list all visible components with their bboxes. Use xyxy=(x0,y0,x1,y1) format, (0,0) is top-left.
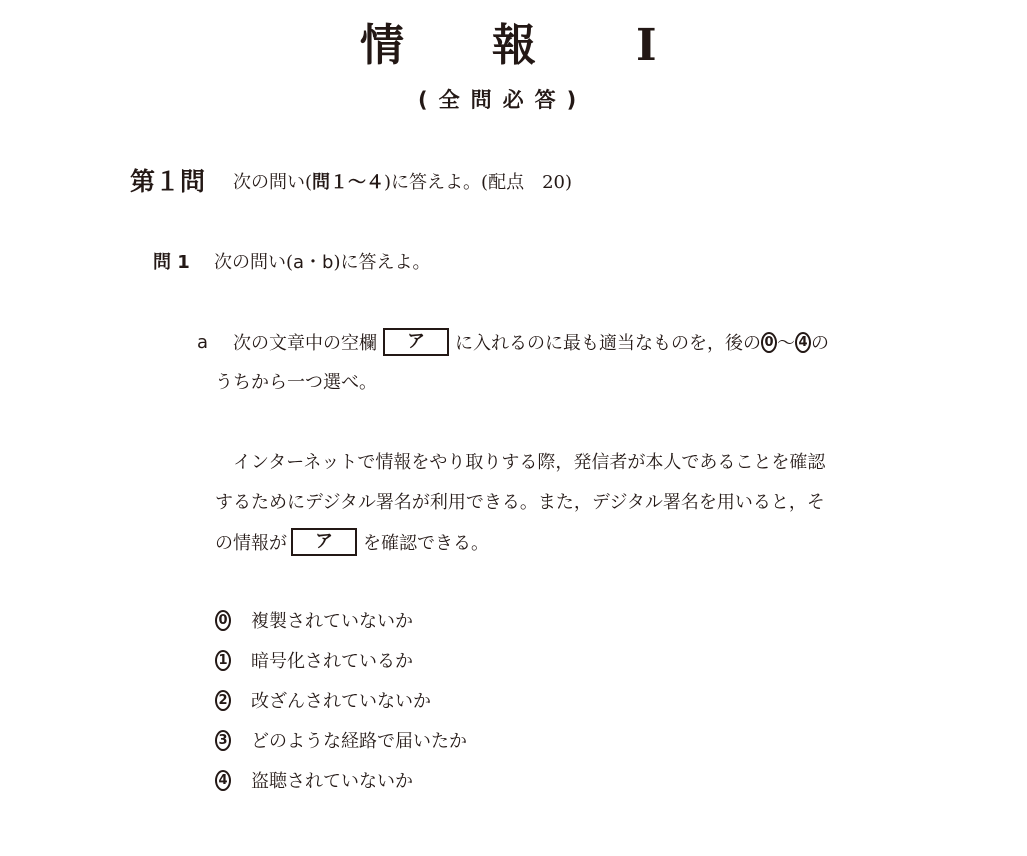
question-number: 第１問 xyxy=(130,166,205,198)
circled-number-icon: 4 xyxy=(215,770,231,791)
choice-range-separator: ～ xyxy=(777,333,795,354)
choice-range-end-icon: 4 xyxy=(795,332,811,353)
title-char-2: 報 xyxy=(492,18,536,74)
passage-line-2: するためにデジタル署名が利用できる。また，デジタル署名を用いると，そ xyxy=(215,490,825,516)
choice-4: 4盗聴されていないか xyxy=(215,769,413,795)
choice-2: 2改ざんされていないか xyxy=(215,689,431,715)
passage-line-3-prefix: の情報が xyxy=(215,533,287,554)
passage-line-3: の情報がアを確認できる。 xyxy=(215,530,489,558)
part-a-line-1: 次の文章中の空欄アに入れるのに最も適当なものを，後の0～4の xyxy=(233,330,829,358)
choice-text: どのような経路で届いたか xyxy=(251,731,467,752)
choice-text: 改ざんされていないか xyxy=(251,691,431,712)
part-a-line-2: うちから一つ選べ。 xyxy=(215,370,377,396)
sub-question-prefix: 次の問い( xyxy=(214,252,293,273)
instruction-prefix: 次の問い( xyxy=(233,172,312,193)
passage-line-3-suffix: を確認できる。 xyxy=(363,533,489,554)
choice-text: 暗号化されているか xyxy=(251,651,413,672)
title-char-1: 情 xyxy=(360,18,404,74)
sub-question-parts: a・b xyxy=(293,252,333,273)
instruction-suffix: )に答えよ。(配点 20) xyxy=(384,172,572,193)
part-a-line-end: の xyxy=(811,333,829,354)
part-a-label: a xyxy=(197,330,208,356)
part-a-prefix: 次の文章中の空欄 xyxy=(233,333,377,354)
question-instruction: 次の問い(問１～４)に答えよ。(配点 20) xyxy=(233,170,572,196)
title-char-3: I xyxy=(636,18,657,74)
choice-text: 盗聴されていないか xyxy=(251,771,413,792)
sub-question-text: 次の問い(a・b)に答えよ。 xyxy=(214,250,431,276)
sub-question-suffix: )に答えよ。 xyxy=(334,252,431,273)
circled-number-icon: 3 xyxy=(215,730,231,751)
circled-number-icon: 1 xyxy=(215,650,231,671)
choice-1: 1暗号化されているか xyxy=(215,649,413,675)
subtitle: (全問必答) xyxy=(418,86,587,114)
answer-blank-a: ア xyxy=(383,328,449,356)
answer-blank-passage: ア xyxy=(291,528,357,556)
passage-line-1: インターネットで情報をやり取りする際，発信者が本人であることを確認 xyxy=(233,450,825,476)
choice-0: 0複製されていないか xyxy=(215,609,413,635)
part-a-suffix: に入れるのに最も適当なものを，後の xyxy=(455,333,761,354)
sub-question-number: 問 1 xyxy=(153,250,190,276)
circled-number-icon: 0 xyxy=(215,610,231,631)
choice-range-start-icon: 0 xyxy=(761,332,777,353)
circled-number-icon: 2 xyxy=(215,690,231,711)
choice-text: 複製されていないか xyxy=(251,611,413,632)
choice-3: 3どのような経路で届いたか xyxy=(215,729,467,755)
instruction-range: 問１～４ xyxy=(312,172,384,193)
